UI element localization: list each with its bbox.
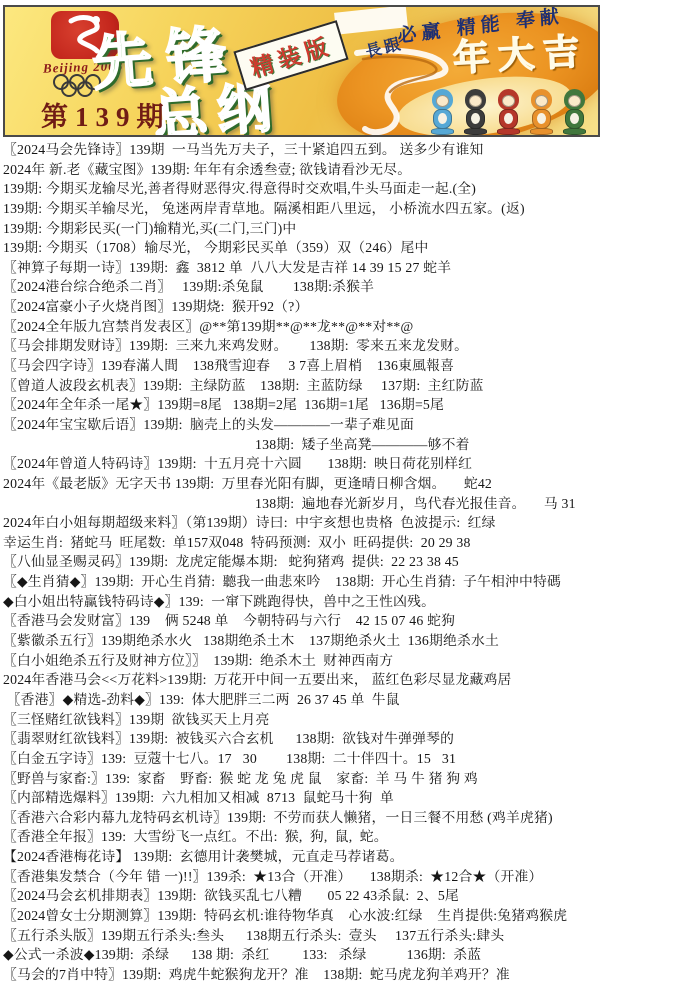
report-line: 〖白小姐绝杀五行及财神方位〗〗 139期: 绝杀木土 财神西南方	[3, 651, 688, 671]
scanned-tip-sheet-page: Beijing 2008 先锋 总纲 第139期 精装版 必赢 精能 奉献 長跟…	[0, 0, 688, 987]
report-line: 〖香港集发禁合（今年 错 一)!!〗139杀: ★13合（开准） 138期杀: …	[3, 867, 688, 887]
report-line: 〖香港六合彩内幕九龙特码玄机诗〗139期: 不劳而获人懒猪，一日三餐不用愁 (鸡…	[3, 808, 688, 828]
masthead-banner: Beijing 2008 先锋 总纲 第139期 精装版 必赢 精能 奉献 長跟…	[3, 5, 600, 137]
report-line: 〖2024年曾道人特码诗〗139期: 十五月亮十六圆 138期: 映日荷花别样红	[3, 454, 688, 474]
report-line: 〖野兽与家畜:〗139: 家畜 野畜: 猴 蛇 龙 兔 虎 鼠 家畜: 羊 马 …	[3, 769, 688, 789]
report-line: 〖香港马会发财富〗139 俩 5248 单 今朝特码与六行 42 15 07 4…	[3, 611, 688, 631]
fuwa-mascot-icon	[561, 89, 588, 137]
report-line: 〖五行杀头版〗139期五行杀头:叁头 138期五行杀头: 壹头 137五行杀头:…	[3, 926, 688, 946]
festive-greeting-text: 年大吉	[452, 24, 589, 82]
report-line: 幸运生肖: 猪蛇马 旺尾数: 单157双048 特码预测: 双小 旺码提供: 2…	[3, 533, 688, 553]
report-line: 【2024香港梅花诗】 139期: 玄德用计袭樊城，元直走马荐诸葛。	[3, 847, 688, 867]
edition-badge: 精装版	[233, 20, 348, 91]
report-line: 139期: 今期买（1708）输尽光， 今期彩民买单（359）双（246）尾中	[3, 238, 688, 258]
report-line: 〖2024马会先锋诗〗139期 一马当先万夫子，三十紧追四五到。 送多少有谁知	[3, 140, 688, 160]
report-line: 〖马会四字诗〗139春滿人間 138飛雪迎春 3 7喜上眉梢 136東風報喜	[3, 356, 688, 376]
report-line: 〖2024港台综合绝杀二肖〗 139期:杀兔鼠 138期:杀猴羊	[3, 277, 688, 297]
report-line: 〖2024全年版九宫禁肖发表区〗@**第139期**@**龙**@**对**@	[3, 317, 688, 337]
report-line: ◆白小姐出特赢钱特码诗◆〗139: 一窜下跳跑得快，兽中之王性凶残。	[3, 592, 688, 612]
report-line: 139期: 今期彩民买(一门)输精光,买(二门,三门)中	[3, 219, 688, 239]
report-line: ◆公式一杀波◆139期: 杀绿 138 期: 杀红 133: 杀绿 136期: …	[3, 945, 688, 965]
report-line: 〖香港全年报〗139: 大雪纷飞一点红。不出: 猴, 狗, 鼠, 蛇。	[3, 827, 688, 847]
report-line: 138期: 矮子坐高凳————够不着	[3, 435, 688, 455]
report-line: 〖2024年全年杀一尾★〗139期=8尾 138期=2尾 136期=1尾 136…	[3, 395, 688, 415]
fuwa-mascot-icon	[462, 89, 489, 137]
report-line: 2024年香港马会<<万花料>139期: 万花开中间一五要出来， 蓝红色彩尽显龙…	[3, 670, 688, 690]
issue-number: 第139期	[41, 95, 171, 134]
report-line: 〖◆生肖猜◆〗139期: 开心生肖猜: 聽我一曲悲來吟 138期: 开心生肖猜:…	[3, 572, 688, 592]
report-line: 2024年《最老版》无字天书 139期: 万里春光阳有脚，更逢晴日柳含烟。 蛇4…	[3, 474, 688, 494]
report-body: 〖2024马会先锋诗〗139期 一马当先万夫子，三十紧追四五到。 送多少有谁知2…	[3, 140, 688, 985]
fuwa-mascots-icon	[429, 89, 588, 137]
report-line: 2024年 新.老《藏宝图》139期: 年年有余透叁壹; 欲钱请看沙无尽。	[3, 160, 688, 180]
report-line: 〖2024曾女士分期测算〗139期: 特码玄机:谁待物华真 心水波:红绿 生肖提…	[3, 906, 688, 926]
report-line: 139期: 今期买龙输尽光,善者得财恶得灾.得意得时交欢唱,牛头马面走一起.(全…	[3, 179, 688, 199]
fuwa-mascot-icon	[528, 89, 555, 137]
fuwa-mascot-icon	[495, 89, 522, 137]
report-line: 〖马会的7肖中特〗139期: 鸡虎牛蛇猴狗龙开？准 138期: 蛇马虎龙狗羊鸡开…	[3, 965, 688, 985]
report-line: 〖曾道人波段玄机表〗139期: 主绿防蓝 138期: 主蓝防绿 137期: 主红…	[3, 376, 688, 396]
report-line: 139期: 今期买羊输尽光， 兔迷两岸青草地。隔溪相距八里远， 小桥流水四五家。…	[3, 199, 688, 219]
report-line: 〖马会排期发财诗〗139期: 三来九来鸡发财。 138期: 零来五来龙发财。	[3, 336, 688, 356]
report-line: 〖三怪赌红欲钱料〗139期 欲钱买天上月亮	[3, 710, 688, 730]
report-line: 〖香港〗◆精选-劲料◆〗139: 体大肥胖三二两 26 37 45 单 牛鼠	[3, 690, 688, 710]
fuwa-mascot-icon	[429, 89, 456, 137]
report-line: 〖2024年宝宝歇后语〗139期: 脑壳上的头发————一辈子难见面	[3, 415, 688, 435]
report-line: 〖内部精选爆料〗139期: 六九相加又相减 8713 鼠蛇马十狗 单	[3, 788, 688, 808]
report-line: 〖神算子每期一诗〗139期: 鑫 3812 单 八八大发是吉祥 14 39 15…	[3, 258, 688, 278]
report-line: 〖八仙显圣赐灵码〗139期: 龙虎定能爆本期: 蛇狗猪鸡 提供: 22 23 3…	[3, 552, 688, 572]
report-line: 〖2024富豪小子火烧肖图〗139期烧: 猴开92（?）	[3, 297, 688, 317]
report-line: 〖白金五字诗〗139: 豆蔻十七八。17 30 138期: 二十伴四十。15 3…	[3, 749, 688, 769]
report-line: 〖紫徽杀五行〗139期绝杀水火 138期绝杀土木 137期绝杀火土 136期绝杀…	[3, 631, 688, 651]
report-line: 〖2024马会玄机排期表〗139期: 欲钱买乱七八糟 05 22 43杀鼠: 2…	[3, 886, 688, 906]
report-line: 138期: 遍地春光新岁月，鸟代春光报佳音。 马 31	[3, 494, 688, 514]
report-line: 2024年白小姐每期超级来料〗（第139期）诗曰: 中宇亥想也贵格 色波提示: …	[3, 513, 688, 533]
report-line: 〖翡翠财红欲钱料〗139期: 被钱买六合玄机 138期: 欲钱对牛弹弹琴的	[3, 729, 688, 749]
